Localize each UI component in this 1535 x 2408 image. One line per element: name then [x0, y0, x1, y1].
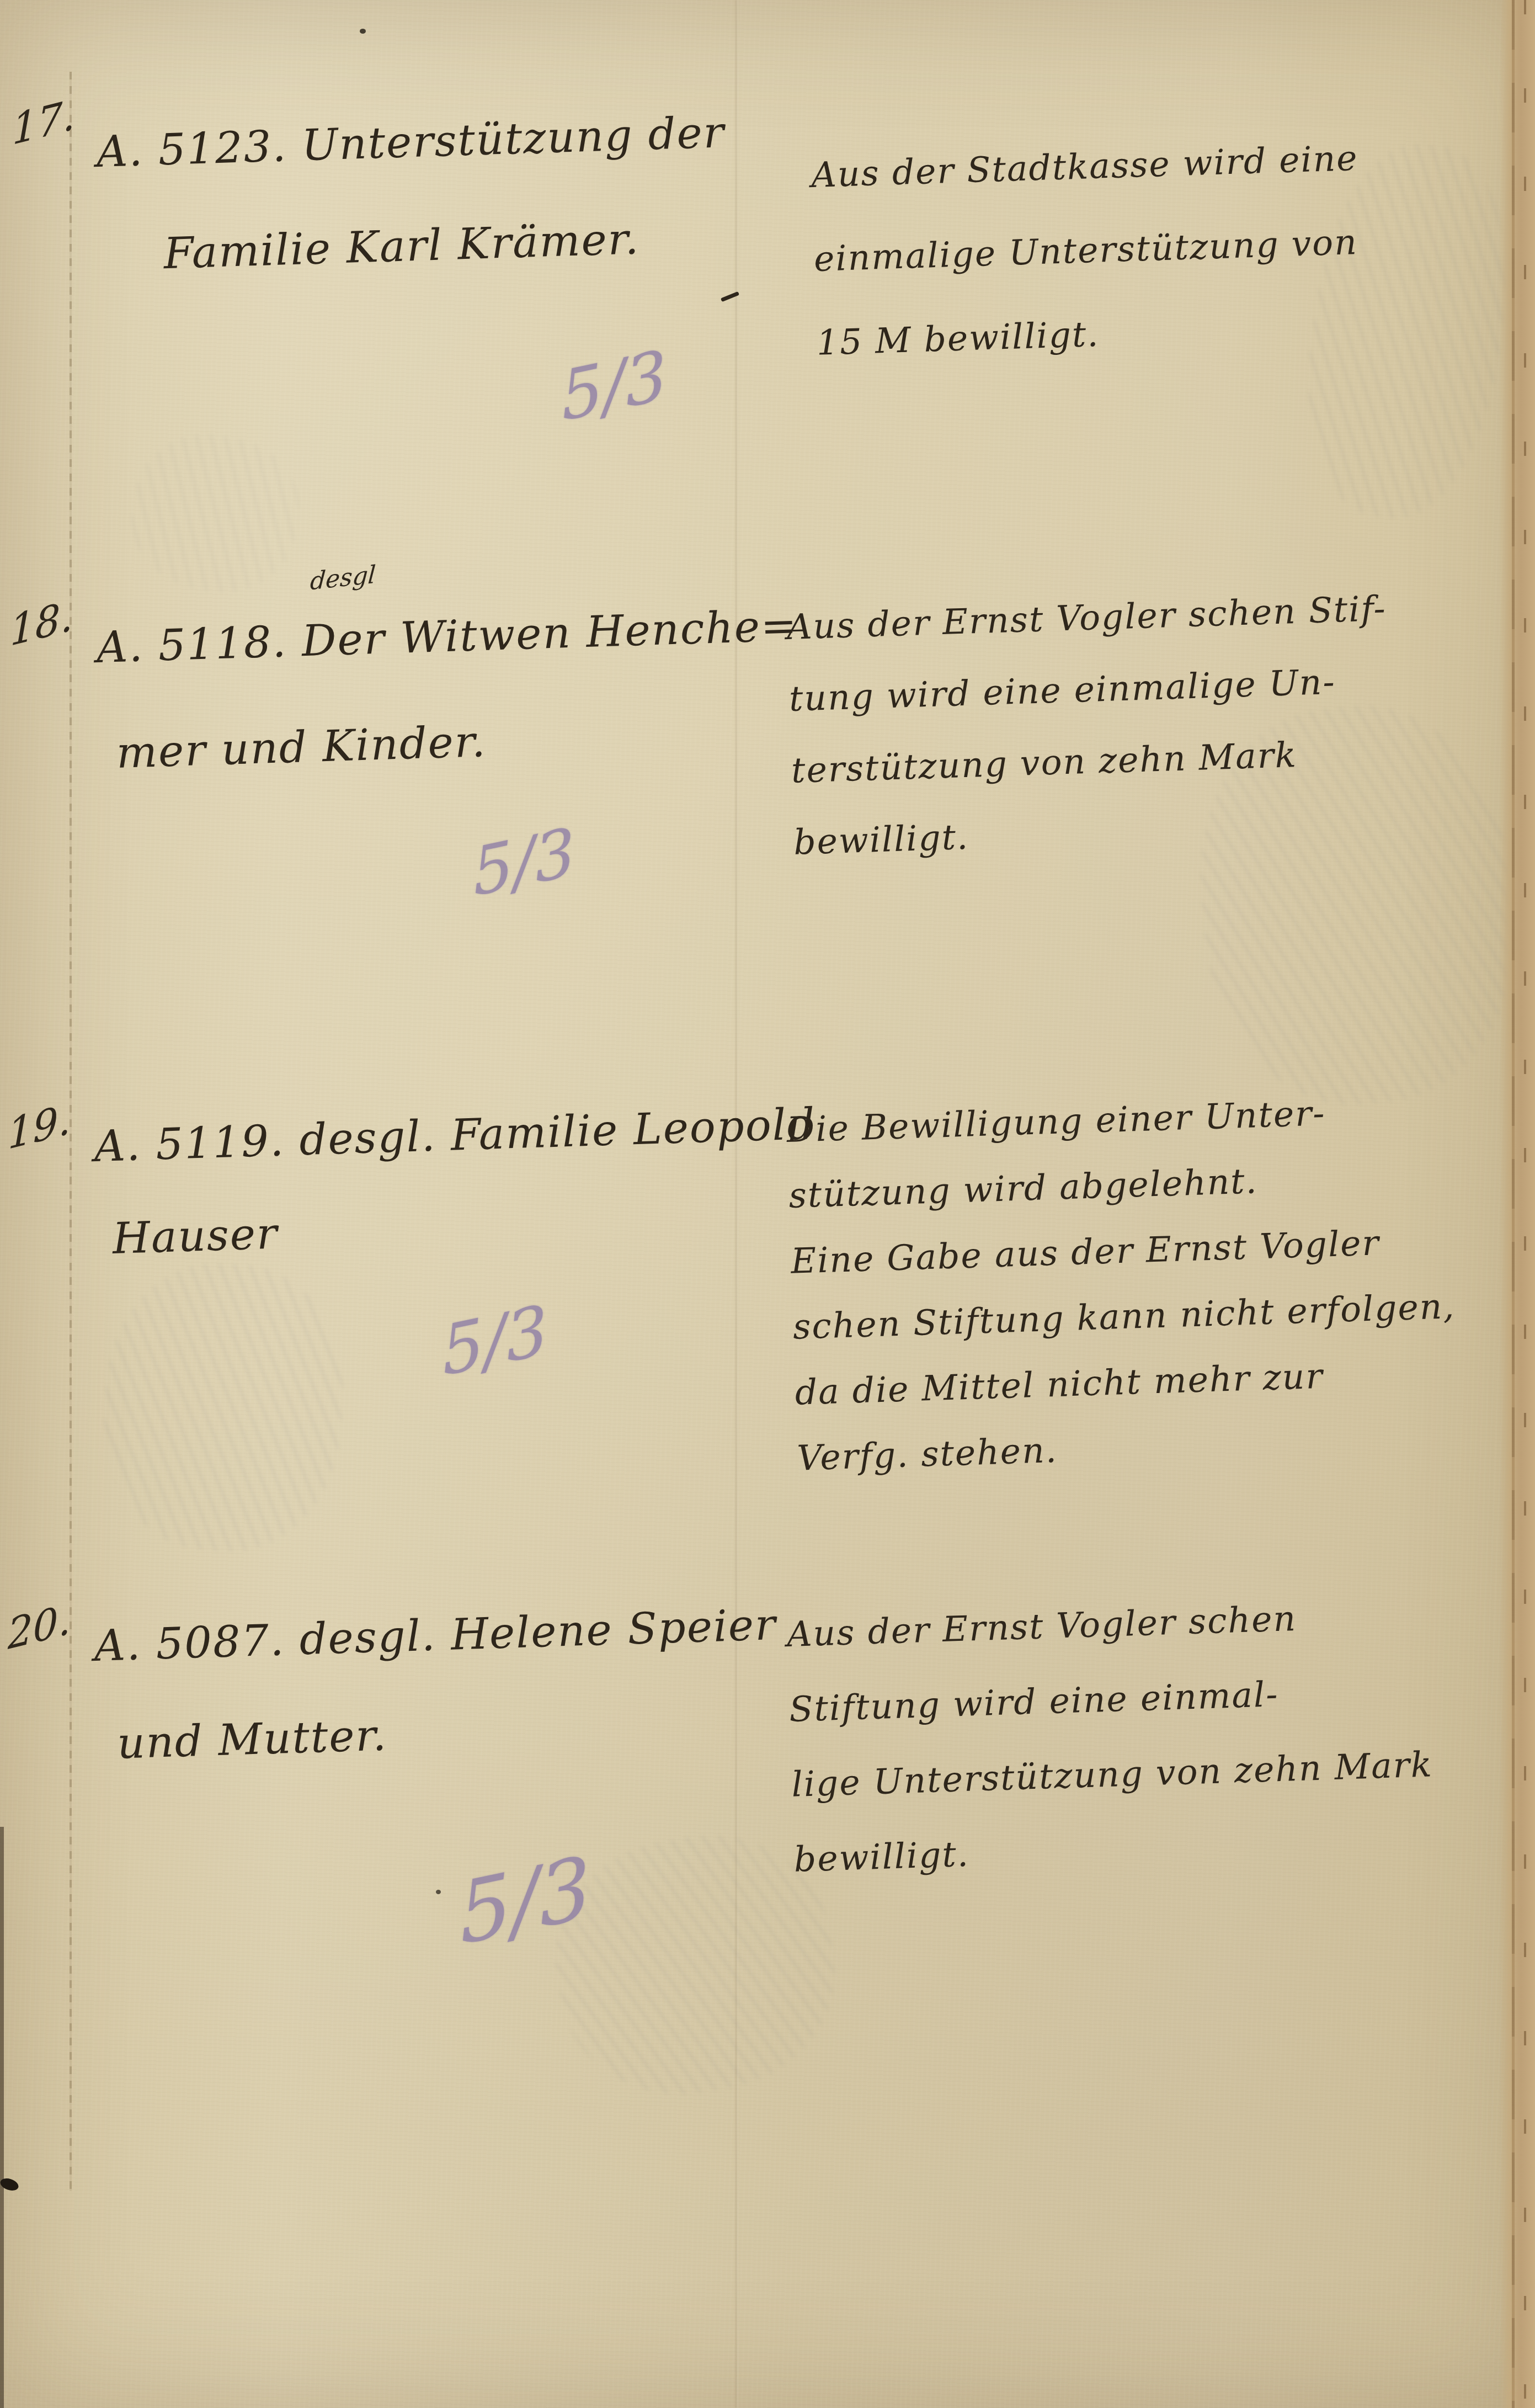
entry-number: 19.: [8, 1095, 71, 1160]
entry-number: 17.: [12, 91, 75, 155]
entry-decision: Die Bewilligung einer Unter- stützung wi…: [786, 1076, 1461, 1491]
entry-decision: Aus der Ernst Vogler schen Stif- tung wi…: [786, 573, 1394, 879]
ink-bleed-ghost: [95, 1256, 351, 1559]
subject-line: A. 5118. Der Witwen Henche=: [95, 573, 800, 701]
entry-subject: A. 5123. Unterstützung der Familie Karl …: [95, 81, 730, 308]
manuscript-page: 17. A. 5123. Unterstützung der Familie K…: [0, 0, 1535, 2408]
pencil-date-mark: 5/3: [558, 335, 670, 437]
entry-subject: A. 5087. desgl. Helene Speier und Mutter…: [93, 1576, 781, 1794]
right-page-edge: [1500, 0, 1535, 2408]
ink-speck: [360, 29, 366, 34]
decision-line: einmalige Unterstützung von: [813, 200, 1362, 301]
entry-decision: Aus der Stadtkasse wird eine einmalige U…: [810, 116, 1365, 385]
entry-subject: A. 5119. desgl. Familie Leopold Hauser: [93, 1078, 820, 1286]
pencil-date-mark: 5/3: [456, 1837, 595, 1964]
entry-number: 18.: [10, 592, 73, 656]
left-page-edge: [0, 1827, 4, 2408]
decision-line: 15 M bewilligt.: [816, 284, 1365, 385]
page-edge-stitch-marks: [1524, 0, 1526, 2408]
subject-line: und Mutter.: [96, 1674, 781, 1794]
ink-speck: [436, 1890, 441, 1894]
entry-subject: A. 5118. Der Witwen Henche= mer und Kind…: [95, 573, 803, 807]
page-edge-line: [1512, 0, 1515, 2408]
pencil-date-mark: 5/3: [439, 1290, 551, 1391]
ink-bleed-ghost: [118, 421, 312, 606]
subject-line: mer und Kinder.: [98, 679, 803, 807]
subject-line: Familie Karl Krämer.: [98, 184, 730, 308]
pencil-date-mark: 5/3: [470, 813, 578, 912]
entry-number: 20.: [8, 1595, 71, 1660]
entry-decision: Aus der Ernst Vogler schen Stiftung wird…: [786, 1577, 1436, 1897]
subject-line: A. 5123. Unterstützung der: [95, 81, 727, 204]
